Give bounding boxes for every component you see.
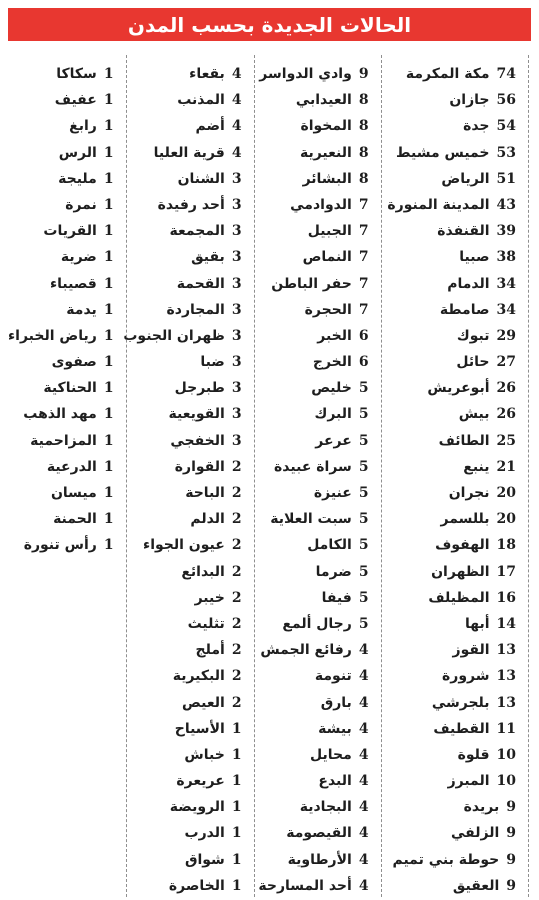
city-case-row: 1الرويضة — [131, 793, 242, 819]
city-name: عرعر — [315, 433, 352, 449]
city-name: بارق — [321, 695, 352, 711]
case-count: 54 — [497, 118, 516, 134]
city-name: الحمنة — [53, 511, 97, 527]
case-count: 13 — [497, 695, 516, 711]
city-name: قرية العليا — [154, 145, 225, 161]
case-count: 4 — [359, 668, 369, 684]
case-count: 4 — [232, 92, 242, 108]
city-name: الزلفي — [451, 825, 499, 841]
city-case-row: 10المبرز — [386, 767, 516, 793]
city-name: وادي الدواسر — [259, 66, 352, 82]
city-name: الدرب — [185, 825, 225, 841]
city-name: خميس مشيط — [396, 145, 489, 161]
city-name: مليجة — [58, 171, 97, 187]
city-name: الدوادمي — [290, 197, 352, 213]
case-count: 5 — [359, 590, 369, 606]
case-count: 3 — [232, 406, 242, 422]
city-case-row: 2الباحة — [131, 479, 242, 505]
case-count: 4 — [359, 852, 369, 868]
case-count: 5 — [359, 511, 369, 527]
city-case-row: 29تبوك — [386, 322, 516, 348]
city-name: طبرجل — [175, 380, 225, 396]
city-name: الشنان — [178, 171, 225, 187]
city-case-row: 1سكاكا — [8, 60, 114, 86]
city-case-row: 5عنيزة — [259, 479, 369, 505]
city-name: المزاحمية — [30, 433, 97, 449]
case-count: 74 — [497, 66, 516, 82]
case-count: 10 — [497, 747, 516, 763]
case-count: 13 — [497, 668, 516, 684]
city-case-row: 2عيون الجواء — [131, 531, 242, 557]
city-case-row: 1عريعرة — [131, 767, 242, 793]
city-name: المظيلف — [428, 590, 489, 606]
case-count: 4 — [232, 66, 242, 82]
city-name: المذنب — [177, 92, 225, 108]
city-name: الباحة — [185, 485, 225, 501]
city-case-row: 4تنومة — [259, 662, 369, 688]
city-case-row: 3المجاردة — [131, 296, 242, 322]
city-case-row: 6الخرج — [259, 348, 369, 374]
city-name: عيون الجواء — [143, 537, 225, 553]
city-name: القطيف — [433, 721, 489, 737]
case-count: 3 — [232, 328, 242, 344]
city-name: العيص — [182, 695, 225, 711]
city-case-row: 1المزاحمية — [8, 427, 114, 453]
city-case-row: 9وادي الدواسر — [259, 60, 369, 86]
city-name: المخواة — [300, 118, 351, 134]
case-count: 2 — [232, 459, 242, 475]
city-case-row: 21ينبع — [386, 453, 516, 479]
city-case-row: 4قرية العليا — [131, 139, 242, 165]
case-count: 5 — [359, 485, 369, 501]
city-name: بللسمر — [440, 511, 489, 527]
city-case-row: 3الخفجي — [131, 427, 242, 453]
city-name: تبوك — [457, 328, 490, 344]
city-case-row: 1رأس تنورة — [8, 531, 114, 557]
city-name: جازان — [449, 92, 489, 108]
city-name: ظهران الجنوب — [123, 328, 224, 344]
city-case-row: 13القوز — [386, 636, 516, 662]
city-name: الرس — [59, 145, 97, 161]
case-count: 3 — [232, 354, 242, 370]
city-name: الظهران — [431, 564, 489, 580]
case-count: 17 — [497, 564, 516, 580]
city-name: تنومة — [315, 668, 352, 684]
city-name: أملج — [196, 642, 225, 658]
case-count: 1 — [104, 511, 114, 527]
city-name: حائل — [456, 354, 489, 370]
cases-column-1: 74مكة المكرمة56جازان54جدة53خميس مشيط51ال… — [382, 55, 529, 897]
city-name: نجران — [449, 485, 490, 501]
cases-column-4: 1سكاكا1عفيف1رابغ1الرس1مليجة1نمرة1القريات… — [4, 55, 127, 897]
city-name: قلوة — [458, 747, 490, 763]
city-name: البكيرية — [173, 668, 225, 684]
city-case-row: 4البجادية — [259, 793, 369, 819]
case-count: 2 — [232, 695, 242, 711]
case-count: 18 — [497, 537, 516, 553]
city-case-row: 20بللسمر — [386, 505, 516, 531]
city-name: بريدة — [464, 799, 500, 815]
case-count: 25 — [497, 433, 516, 449]
city-case-row: 4بيشة — [259, 715, 369, 741]
case-count: 1 — [104, 459, 114, 475]
city-case-row: 1نمرة — [8, 191, 114, 217]
city-case-row: 1الحمنة — [8, 505, 114, 531]
city-case-row: 4البدع — [259, 767, 369, 793]
city-name: البدائع — [181, 564, 224, 580]
city-case-row: 2أملج — [131, 636, 242, 662]
city-name: ينبع — [463, 459, 489, 475]
city-case-row: 1عفيف — [8, 86, 114, 112]
city-case-row: 6الخبر — [259, 322, 369, 348]
city-case-row: 4رفائع الجمش — [259, 636, 369, 662]
city-case-row: 1مليجة — [8, 165, 114, 191]
case-count: 2 — [232, 616, 242, 632]
city-case-row: 2العيص — [131, 689, 242, 715]
city-case-row: 4محايل — [259, 741, 369, 767]
city-name: الرياض — [441, 171, 489, 187]
city-name: الهفوف — [435, 537, 489, 553]
case-count: 38 — [497, 249, 516, 265]
case-count: 5 — [359, 380, 369, 396]
city-case-row: 1القريات — [8, 217, 114, 243]
city-case-row: 8البشائر — [259, 165, 369, 191]
city-name: عنيزة — [314, 485, 352, 501]
case-count: 34 — [497, 302, 516, 318]
city-case-row: 3طبرجل — [131, 374, 242, 400]
city-case-row: 3الشنان — [131, 165, 242, 191]
city-case-row: 13بلجرشي — [386, 689, 516, 715]
city-case-row: 51الرياض — [386, 165, 516, 191]
case-count: 1 — [104, 197, 114, 213]
city-name: بلجرشي — [432, 695, 490, 711]
city-case-row: 1رياض الخبراء — [8, 322, 114, 348]
case-count: 3 — [232, 223, 242, 239]
case-count: 21 — [497, 459, 516, 475]
city-name: القحمة — [177, 276, 225, 292]
city-case-row: 9العقيق — [386, 872, 516, 898]
city-case-row: 74مكة المكرمة — [386, 60, 516, 86]
city-name: الجبيل — [308, 223, 352, 239]
case-count: 4 — [359, 799, 369, 815]
city-name: المجمعة — [170, 223, 225, 239]
city-name: الخفجي — [170, 433, 224, 449]
city-name: حفر الباطن — [271, 276, 352, 292]
city-case-row: 8النعيرية — [259, 139, 369, 165]
case-count: 9 — [506, 852, 516, 868]
city-case-row: 7الدوادمي — [259, 191, 369, 217]
city-name: الحناكية — [43, 380, 96, 396]
case-count: 1 — [104, 276, 114, 292]
city-name: بيش — [459, 406, 490, 422]
case-count: 39 — [497, 223, 516, 239]
city-case-row: 1الدرب — [131, 819, 242, 845]
case-count: 7 — [359, 223, 369, 239]
cases-column-2: 9وادي الدواسر8العيدابي8المخواة8النعيرية8… — [255, 55, 382, 897]
city-case-row: 8العيدابي — [259, 86, 369, 112]
case-count: 51 — [497, 171, 516, 187]
city-name: المبرز — [448, 773, 490, 789]
case-count: 8 — [359, 171, 369, 187]
case-count: 13 — [497, 642, 516, 658]
city-name: خيبر — [195, 590, 225, 606]
city-name: ضبا — [200, 354, 225, 370]
case-count: 8 — [359, 118, 369, 134]
city-name: القيصومة — [286, 825, 352, 841]
case-count: 5 — [359, 459, 369, 475]
city-name: فيفا — [322, 590, 352, 606]
city-name: الخاصرة — [169, 878, 225, 894]
city-case-row: 9الزلفي — [386, 819, 516, 845]
city-name: القوز — [453, 642, 490, 658]
city-name: رفائع الجمش — [260, 642, 352, 658]
case-count: 4 — [359, 773, 369, 789]
case-count: 1 — [232, 799, 242, 815]
case-count: 4 — [359, 642, 369, 658]
city-case-row: 16المظيلف — [386, 584, 516, 610]
city-name: النعيرية — [300, 145, 352, 161]
city-case-row: 5البرك — [259, 400, 369, 426]
city-name: ضرية — [61, 249, 97, 265]
case-count: 9 — [506, 825, 516, 841]
city-case-row: 1الحناكية — [8, 374, 114, 400]
city-name: الحجرة — [305, 302, 352, 318]
city-case-row: 4الأرطاوية — [259, 846, 369, 872]
case-count: 56 — [497, 92, 516, 108]
city-case-row: 1الرس — [8, 139, 114, 165]
city-name: أحد المسارحة — [258, 878, 351, 894]
city-name: مكة المكرمة — [406, 66, 490, 82]
city-name: البدع — [318, 773, 351, 789]
case-count: 1 — [104, 118, 114, 134]
case-count: 3 — [232, 302, 242, 318]
city-name: أحد رفيدة — [158, 197, 225, 213]
city-case-row: 4المذنب — [131, 86, 242, 112]
city-case-row: 3ظهران الجنوب — [131, 322, 242, 348]
case-count: 1 — [104, 354, 114, 370]
case-count: 9 — [506, 799, 516, 815]
city-case-row: 2الدلم — [131, 505, 242, 531]
city-name: ضرما — [316, 564, 352, 580]
city-name: خباش — [184, 747, 224, 763]
case-count: 4 — [359, 825, 369, 841]
city-case-row: 25الطائف — [386, 427, 516, 453]
city-case-row: 39القنفذة — [386, 217, 516, 243]
city-case-row: 38صبيا — [386, 243, 516, 269]
city-name: أضم — [196, 118, 225, 134]
city-name: العيدابي — [296, 92, 352, 108]
case-count: 2 — [232, 537, 242, 553]
case-count: 4 — [232, 118, 242, 134]
city-name: حوطة بني تميم — [392, 852, 499, 868]
city-case-row: 5رجال ألمع — [259, 610, 369, 636]
city-case-row: 56جازان — [386, 86, 516, 112]
city-case-row: 5الكامل — [259, 531, 369, 557]
city-name: مهد الذهب — [23, 406, 97, 422]
city-name: النماص — [303, 249, 352, 265]
city-case-row: 1ميسان — [8, 479, 114, 505]
case-count: 5 — [359, 433, 369, 449]
city-case-row: 34صامطة — [386, 296, 516, 322]
case-count: 1 — [104, 92, 114, 108]
case-count: 1 — [104, 249, 114, 265]
case-count: 29 — [497, 328, 516, 344]
case-count: 9 — [506, 878, 516, 894]
city-case-row: 17الظهران — [386, 558, 516, 584]
city-case-row: 5سبت العلاية — [259, 505, 369, 531]
city-name: شواق — [185, 852, 225, 868]
case-count: 7 — [359, 276, 369, 292]
case-count: 3 — [232, 380, 242, 396]
cases-column-3: 4بقعاء4المذنب4أضم4قرية العليا3الشنان3أحد… — [127, 55, 255, 897]
city-name: رجال ألمع — [282, 616, 351, 632]
city-case-row: 2البكيرية — [131, 662, 242, 688]
case-count: 1 — [104, 145, 114, 161]
case-count: 1 — [104, 537, 114, 553]
case-count: 2 — [232, 590, 242, 606]
case-count: 1 — [104, 485, 114, 501]
city-name: الخرج — [313, 354, 352, 370]
city-name: سكاكا — [56, 66, 97, 82]
case-count: 7 — [359, 302, 369, 318]
city-name: صامطة — [440, 302, 490, 318]
city-name: القوارة — [175, 459, 225, 475]
city-name: الدرعية — [47, 459, 97, 475]
city-case-row: 9بريدة — [386, 793, 516, 819]
city-name: القويعية — [169, 406, 225, 422]
city-case-row: 1قصيباء — [8, 270, 114, 296]
page-title: الحالات الجديدة بحسب المدن — [8, 8, 531, 41]
city-name: المجاردة — [167, 302, 225, 318]
city-name: الأرطاوية — [288, 852, 352, 868]
city-name: الطائف — [439, 433, 490, 449]
city-case-row: 2القوارة — [131, 453, 242, 479]
case-count: 5 — [359, 616, 369, 632]
city-name: البرك — [315, 406, 352, 422]
case-count: 5 — [359, 537, 369, 553]
city-name: الدلم — [190, 511, 224, 527]
case-count: 7 — [359, 249, 369, 265]
case-count: 11 — [497, 721, 516, 737]
city-case-row: 53خميس مشيط — [386, 139, 516, 165]
city-case-row: 10قلوة — [386, 741, 516, 767]
case-count: 43 — [497, 197, 516, 213]
city-name: بقيق — [191, 249, 225, 265]
city-name: الخبر — [317, 328, 352, 344]
case-count: 3 — [232, 171, 242, 187]
city-case-row: 3المجمعة — [131, 217, 242, 243]
city-case-row: 18الهفوف — [386, 531, 516, 557]
case-count: 2 — [232, 642, 242, 658]
city-name: القنفذة — [437, 223, 489, 239]
case-count: 1 — [232, 773, 242, 789]
city-name: سراة عبيدة — [274, 459, 352, 475]
case-count: 4 — [359, 695, 369, 711]
city-name: القريات — [43, 223, 96, 239]
city-case-row: 5ضرما — [259, 558, 369, 584]
city-name: تثليث — [188, 616, 225, 632]
city-case-row: 1يدمة — [8, 296, 114, 322]
case-count: 1 — [104, 380, 114, 396]
city-name: العقيق — [453, 878, 499, 894]
city-case-row: 1مهد الذهب — [8, 400, 114, 426]
city-case-row: 27حائل — [386, 348, 516, 374]
case-count: 5 — [359, 406, 369, 422]
city-case-row: 3ضبا — [131, 348, 242, 374]
city-case-row: 34الدمام — [386, 270, 516, 296]
case-count: 1 — [104, 302, 114, 318]
city-name: بيشة — [318, 721, 352, 737]
case-count: 4 — [359, 878, 369, 894]
city-case-row: 26بيش — [386, 400, 516, 426]
case-count: 7 — [359, 197, 369, 213]
case-count: 1 — [232, 878, 242, 894]
city-case-row: 5خليص — [259, 374, 369, 400]
city-name: سبت العلاية — [270, 511, 352, 527]
case-count: 14 — [497, 616, 516, 632]
case-count: 1 — [104, 223, 114, 239]
case-count: 6 — [359, 328, 369, 344]
city-name: رياض الخبراء — [8, 328, 97, 344]
city-case-row: 3أحد رفيدة — [131, 191, 242, 217]
case-count: 3 — [232, 276, 242, 292]
case-count: 6 — [359, 354, 369, 370]
city-case-row: 7الحجرة — [259, 296, 369, 322]
city-case-row: 5فيفا — [259, 584, 369, 610]
city-name: المدينة المنورة — [387, 197, 489, 213]
city-name: جدة — [463, 118, 489, 134]
city-name: رأس تنورة — [24, 537, 97, 553]
city-case-row: 5سراة عبيدة — [259, 453, 369, 479]
case-count: 1 — [104, 66, 114, 82]
city-name: صفوى — [52, 354, 97, 370]
city-name: عريعرة — [176, 773, 224, 789]
city-case-row: 3القحمة — [131, 270, 242, 296]
city-case-row: 1الدرعية — [8, 453, 114, 479]
case-count: 5 — [359, 564, 369, 580]
city-name: عفيف — [55, 92, 97, 108]
case-count: 26 — [497, 380, 516, 396]
city-name: خليص — [311, 380, 352, 396]
city-case-row: 5عرعر — [259, 427, 369, 453]
case-count: 8 — [359, 145, 369, 161]
city-name: قصيباء — [50, 276, 97, 292]
city-case-row: 1الخاصرة — [131, 872, 242, 898]
case-count: 1 — [232, 747, 242, 763]
city-case-row: 8المخواة — [259, 112, 369, 138]
city-name: نمرة — [65, 197, 97, 213]
case-count: 3 — [232, 433, 242, 449]
city-case-row: 1خباش — [131, 741, 242, 767]
city-case-row: 4بارق — [259, 689, 369, 715]
case-count: 4 — [359, 747, 369, 763]
city-case-row: 4أضم — [131, 112, 242, 138]
case-count: 10 — [497, 773, 516, 789]
case-count: 2 — [232, 564, 242, 580]
city-name: بقعاء — [189, 66, 225, 82]
city-name: البشائر — [303, 171, 352, 187]
case-count: 2 — [232, 668, 242, 684]
case-count: 4 — [232, 145, 242, 161]
city-case-row: 43المدينة المنورة — [386, 191, 516, 217]
case-count: 2 — [232, 485, 242, 501]
case-count: 8 — [359, 92, 369, 108]
city-case-row: 1الأسياح — [131, 715, 242, 741]
city-case-row: 26أبوعريش — [386, 374, 516, 400]
cases-table: 74مكة المكرمة56جازان54جدة53خميس مشيط51ال… — [0, 55, 539, 897]
city-name: الرويضة — [170, 799, 225, 815]
case-count: 27 — [497, 354, 516, 370]
